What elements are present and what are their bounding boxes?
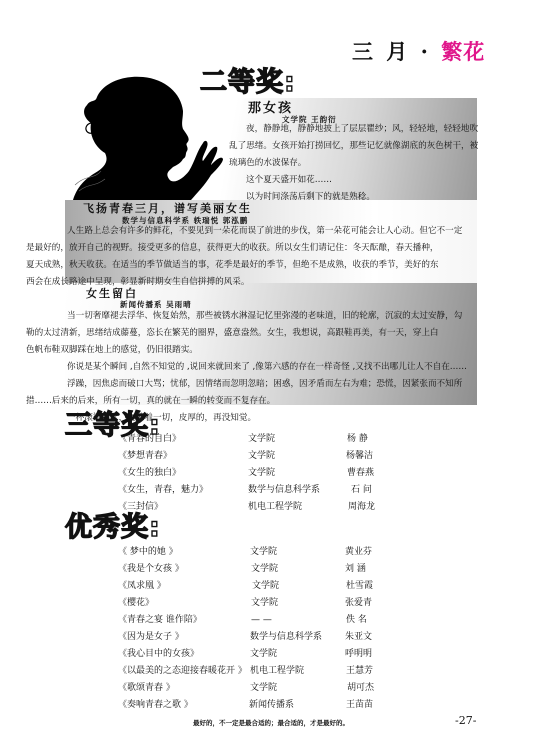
author-name: 王慧芳 [346,663,373,680]
excellence-prize-row: 《我心目中的女孩》 文学院 呼明明 [0,646,542,663]
work-title: 《凤求凰 》 [118,578,166,595]
department: 文学院 [251,595,278,612]
work-title: 《樱花》 [118,595,154,612]
title-prefix: 三 月 · [352,39,431,64]
work-title: 《我心目中的女孩》 [118,646,199,663]
title-accent: 繁花 [441,40,485,64]
essay-1-body: 夜，静静地，静静地披上了层层瞿纱；风，轻轻地，轻轻地吹 乱了思绪。女孩开始打捞回… [229,121,479,206]
excellence-prize-row: 《青春之宴 谁作陪》 — — 佚 名 [0,612,542,629]
excellence-prize-row: 《奏响青春之歌 》 新闻传播系 王苗苗 [0,697,542,714]
author-name: 朱亚文 [345,629,372,646]
department: 文学院 [248,465,275,482]
author-name: 杜雪霞 [346,578,373,595]
author-name: 黄业芬 [345,544,372,561]
department: 机电工程学院 [248,499,302,516]
work-title: 《梦想青春》 [118,448,172,465]
essay-3-para-3: 色帆布鞋双脚踩在地上的感觉，仍旧很踏实。 [26,342,467,359]
page-number: -27- [455,714,476,727]
work-title: 《青春的自白》 [118,431,181,448]
work-title: 《青春之宴 谁作陪》 [118,612,202,629]
department: 文学院 [248,431,275,448]
department: 文学院 [248,448,275,465]
excellence-prize-row: 《樱花》 文学院 张爱青 [0,595,542,612]
author-name: 呼明明 [345,646,372,663]
author-name: 曹春燕 [347,465,374,482]
department: 数学与信息科学系 [250,629,322,646]
essay-2-para-2: 是最好的，放开自己的视野。接受更多的信息，获得更大的收获。所以女生们请记住：冬天… [26,240,462,257]
essay-1-para-1: 夜，静静地，静静地披上了层层瞿纱；风，轻轻地，轻轻地吹 [229,121,479,138]
author-name: 刘 涵 [345,561,366,578]
essay-2-para-1: 人生路上总会有许多的鲜花，不要见到一朵花而误了前进的步伐，第一朵花可能会让人心动… [26,223,462,240]
department: 文学院 [250,544,277,561]
third-prize-row: 《梦想青春》 文学院 杨馨洁 [0,448,542,465]
work-title: 《女生，青春，魅力》 [118,482,208,499]
essay-3-para-2: 勒的太过清新，思绪结成藤蔓，恣长在繁芜的圈界，盛意盎然。女生，我想说，高跟鞋再美… [26,325,467,342]
essay-2-title: 飞扬青春三月，谱写美丽女生 [83,200,252,216]
author-name: 胡可杰 [347,680,374,697]
work-title: 《 梦中的她 》 [118,544,178,561]
department: — — [251,612,272,629]
department: 机电工程学院 [250,663,304,680]
department: 文学院 [252,578,279,595]
essay-1-para-5: 以为时间涤荡后剩下的就是熟稔。 [229,189,479,206]
author-name: 王苗苗 [346,697,373,714]
essay-3-para-4: 你说是某个瞬间 ,自然不知觉的 ,说回来就回来了 ,像第六感的存在一样奇怪 ,又… [26,359,467,376]
footer-note: 最好的，不一定是最合适的；最合适的，才是最好的。 [193,718,349,727]
work-title: 《奏响青春之歌 》 [118,697,193,714]
excellence-prize-row: 《我是个女孩 》 文学院 刘 涵 [0,561,542,578]
essay-1-para-3: 琉璃色的水波保存。 [229,155,479,172]
third-prize-row: 《青春的自白》 文学院 杨 静 [0,431,542,448]
essay-3-para-1: 当一切奢靡褪去浮华、恢复始然，那些被锈水淋湿记忆里弥漫的老味道，旧的轮廓，沉寂的… [26,308,467,325]
essay-1-para-4: 这个夏天盛开如花…… [229,172,479,189]
work-title: 《我是个女孩 》 [118,561,184,578]
excellence-prize-heading: 优秀奖: [65,505,161,544]
third-prize-row: 《女生，青春，魅力》 数学与信息科学系 石 问 [0,482,542,499]
department: 文学院 [250,646,277,663]
author-name: 周海龙 [348,499,375,516]
department: 文学院 [250,680,277,697]
excellence-prize-row: 《 梦中的她 》 文学院 黄业芬 [0,544,542,561]
excellence-prize-row: 《因为是女子 》 数学与信息科学系 朱亚文 [0,629,542,646]
work-title: 《以最美的之态迎接春暖花开 》 [118,663,247,680]
essay-2-body: 人生路上总会有许多的鲜花，不要见到一朵花而误了前进的步伐，第一朵花可能会让人心动… [26,223,462,291]
second-prize-heading: 二等奖: [200,60,296,99]
author-name: 佚 名 [346,612,367,629]
excellence-prize-row: 《以最美的之态迎接春暖花开 》 机电工程学院 王慧芳 [0,663,542,680]
excellence-prize-row: 《歌颂青春 》 文学院 胡可杰 [0,680,542,697]
author-name: 杨馨洁 [346,448,373,465]
excellence-prize-row: 《凤求凰 》 文学院 杜雪霞 [0,578,542,595]
author-name: 张爱青 [345,595,372,612]
essay-1-para-2: 乱了思绪。女孩开始打捞回忆，那些记忆就像湖底的灰色树干，被 [229,138,479,155]
author-name: 杨 静 [347,431,368,448]
page-title: 三 月 · 繁花 [352,36,485,66]
work-title: 《女生的独白》 [118,465,181,482]
work-title: 《歌颂青春 》 [118,680,175,697]
essay-3-para-5: 浮躁，因焦虑而破口大骂；忧郁，因情绪而忽明忽暗；困惑，因矛盾而左右为难；恐慌，因… [26,376,467,393]
department: 文学院 [251,561,278,578]
essay-2-para-3: 夏天成熟，秋天收获。在适当的季节做适当的事，花季是最好的季节，但绝不是成熟，收获… [26,257,462,274]
department: 新闻传播系 [249,697,294,714]
work-title: 《因为是女子 》 [118,629,184,646]
author-name: 石 问 [351,482,372,499]
department: 数学与信息科学系 [248,482,320,499]
third-prize-row: 《女生的独白》 文学院 曹春燕 [0,465,542,482]
